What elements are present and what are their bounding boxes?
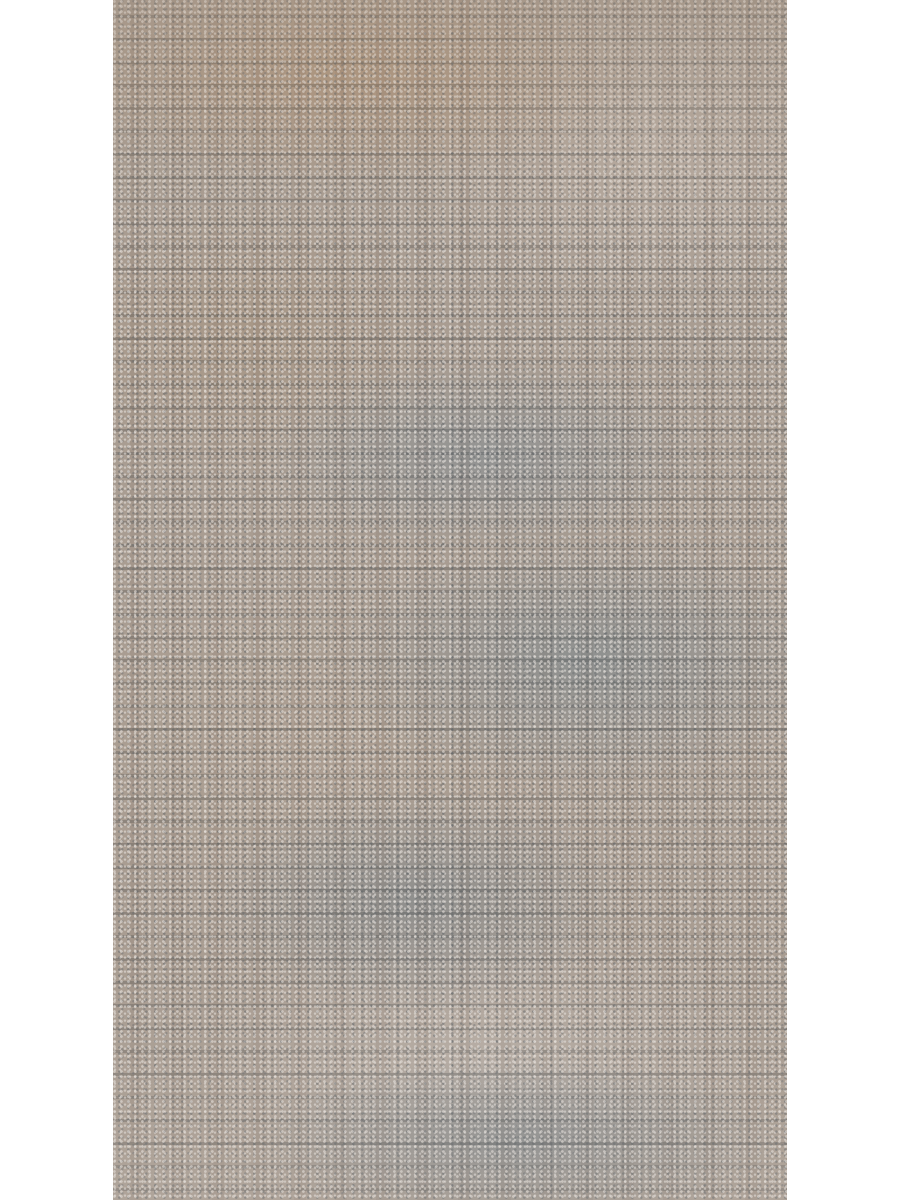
- rug-tone-fade: [113, 0, 787, 1200]
- rug-photo: [113, 0, 787, 1200]
